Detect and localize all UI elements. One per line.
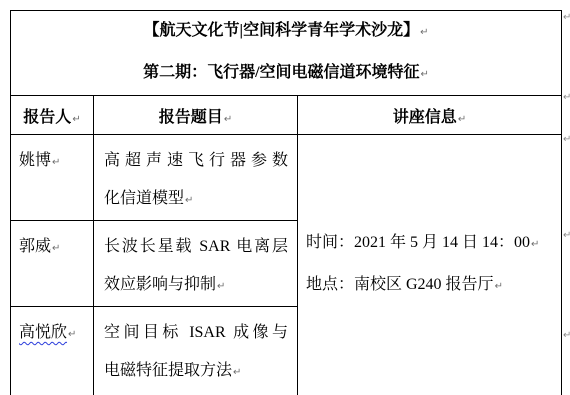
paragraph-mark-icon: ↵ (420, 27, 428, 38)
column-header-topic-text: 报告题目 (159, 109, 223, 126)
title-row: 【航天文化节|空间科学青年学术沙龙】↵ 第二期：飞行器/空间电磁信道环境特征↵ (11, 11, 562, 96)
paragraph-mark-icon: ↵ (52, 243, 60, 254)
paragraph-mark-icon: ↵ (52, 157, 60, 168)
row-end-mark-icon: ↵ (563, 330, 570, 342)
lecture-place-line: 地点：南校区 G240 报告厅↵ (306, 265, 557, 307)
document-page: 【航天文化节|空间科学青年学术沙龙】↵ 第二期：飞行器/空间电磁信道环境特征↵ … (0, 0, 570, 395)
topic-line-2-text: 效应影响与抑制 (104, 276, 216, 293)
lecture-time-line: 时间：2021 年 5 月 14 日 14：00↵ (306, 223, 557, 265)
lecture-schedule-table: 【航天文化节|空间科学青年学术沙龙】↵ 第二期：飞行器/空间电磁信道环境特征↵ … (10, 10, 562, 395)
table-title-cell: 【航天文化节|空间科学青年学术沙龙】↵ 第二期：飞行器/空间电磁信道环境特征↵ (11, 11, 562, 96)
paragraph-mark-icon: ↵ (233, 367, 241, 378)
row-end-mark-icon: ↵ (563, 230, 570, 242)
topic-line-2: 效应影响与抑制↵ (104, 266, 288, 306)
paragraph-mark-icon: ↵ (68, 329, 76, 340)
lecture-info-cell: 时间：2021 年 5 月 14 日 14：00↵ 地点：南校区 G240 报告… (298, 135, 562, 395)
event-title-line: 【航天文化节|空间科学青年学术沙龙】↵ (11, 11, 561, 53)
topic-line-2-text: 化信道模型 (104, 190, 184, 207)
row-end-mark-icon: ↵ (563, 134, 570, 146)
speaker-cell: 姚博↵ (11, 135, 94, 221)
column-header-info-text: 讲座信息 (393, 109, 457, 126)
paragraph-mark-icon: ↵ (224, 114, 232, 125)
row-end-mark-icon: ↵ (563, 92, 570, 104)
row-end-mark-icon: ↵ (563, 12, 570, 24)
speaker-cell: 郭威↵ (11, 221, 94, 307)
topic-line-1: 空间目标 ISAR 成像与 (104, 314, 288, 352)
topic-line-2-text: 电磁特征提取方法 (104, 362, 232, 379)
paragraph-mark-icon: ↵ (72, 114, 80, 125)
column-header-topic: 报告题目↵ (94, 96, 298, 135)
topic-line-2: 化信道模型↵ (104, 180, 288, 220)
topic-line-2: 电磁特征提取方法↵ (104, 352, 288, 392)
paragraph-mark-icon: ↵ (458, 114, 466, 125)
paragraph-mark-icon: ↵ (217, 281, 225, 292)
paragraph-mark-icon: ↵ (185, 195, 193, 206)
paragraph-mark-icon: ↵ (531, 239, 539, 250)
topic-cell: 长波长星载 SAR 电离层 效应影响与抑制↵ (94, 221, 298, 307)
column-header-row: 报告人↵ 报告题目↵ 讲座信息↵ (11, 96, 562, 135)
column-header-speaker: 报告人↵ (11, 96, 94, 135)
topic-line-1: 长波长星载 SAR 电离层 (104, 228, 288, 266)
session-title-text: 第二期：飞行器/空间电磁信道环境特征 (143, 64, 419, 81)
topic-cell: 空间目标 ISAR 成像与 电磁特征提取方法↵ (94, 307, 298, 395)
topic-line-1: 高超声速飞行器参数 (104, 142, 288, 180)
paragraph-mark-icon: ↵ (495, 281, 503, 292)
speaker-name: 郭威 (19, 238, 51, 255)
speaker-name: 高悦欣 (19, 324, 67, 341)
speaker-cell: 高悦欣↵ (11, 307, 94, 395)
event-title-text: 【航天文化节|空间科学青年学术沙龙】 (144, 22, 420, 39)
lecture-time-text: 时间：2021 年 5 月 14 日 14：00 (306, 234, 530, 251)
paragraph-mark-icon: ↵ (421, 69, 429, 80)
session-title-line: 第二期：飞行器/空间电磁信道环境特征↵ (11, 53, 561, 95)
topic-cell: 高超声速飞行器参数 化信道模型↵ (94, 135, 298, 221)
speaker-name: 姚博 (19, 152, 51, 169)
lecture-place-text: 地点：南校区 G240 报告厅 (306, 276, 494, 293)
column-header-speaker-text: 报告人 (23, 109, 71, 126)
column-header-info: 讲座信息↵ (298, 96, 562, 135)
table-row: 姚博↵ 高超声速飞行器参数 化信道模型↵ 时间：2021 年 5 月 14 日 … (11, 135, 562, 221)
